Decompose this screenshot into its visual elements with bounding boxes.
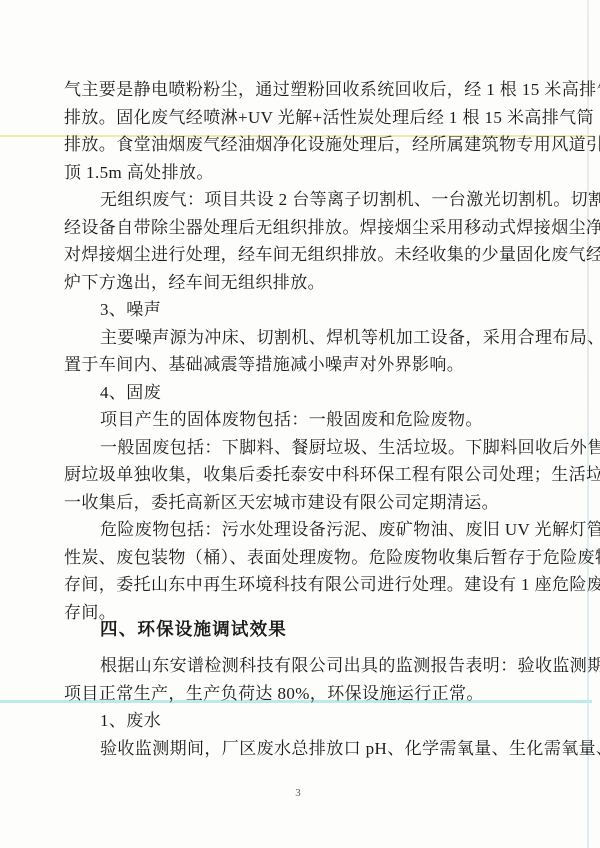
text-line: 项目正常生产，生产负荷达 80%，环保设施运行正常。	[64, 680, 600, 708]
text-line: 气主要是静电喷粉粉尘，通过塑粉回收系统回收后，经 1 根 15 米高排气筒(5#…	[64, 76, 600, 104]
text-line: 主要噪声源为冲床、切割机、焊机等机加工设备，采用合理布局、设备	[64, 324, 600, 352]
text-line: 根据山东安谱检测科技有限公司出具的监测报告表明：验收监测期间，	[64, 652, 600, 680]
list-item-heading: 1、废水	[64, 707, 600, 735]
text-line: 炉下方逸出，经车间无组织排放。	[64, 269, 600, 297]
text-line: 一般固废包括：下脚料、餐厨垃圾、生活垃圾。下脚料回收后外售；餐	[64, 434, 600, 462]
page-number: 3	[0, 787, 596, 799]
text-line: 危险废物包括：污水处理设备污泥、废矿物油、废旧 UV 光解灯管、废活	[64, 516, 600, 544]
body-text-upper: 气主要是静电喷粉粉尘，通过塑粉回收系统回收后，经 1 根 15 米高排气筒(5#…	[64, 76, 600, 626]
text-line: 无组织废气：项目共设 2 台等离子切割机、一台激光切割机。切割烟尘	[64, 186, 600, 214]
text-line: 性炭、废包装物（桶）、表面处理废物。危险废物收集后暂存于危险废物暂	[64, 544, 600, 572]
text-line: 排放。食堂油烟废气经油烟净化设施处理后，经所属建筑物专用风道引至楼	[64, 131, 600, 159]
text-line: 顶 1.5m 高处排放。	[64, 159, 600, 187]
text-line: 经设备自带除尘器处理后无组织排放。焊接烟尘采用移动式焊接烟尘净化器	[64, 214, 600, 242]
text-line: 验收监测期间，厂区废水总排放口 pH、化学需氧量、生化需氧量、氨氮、	[64, 735, 600, 763]
text-line: 存间，委托山东中再生环境科技有限公司进行处理。建设有 1 座危险废物暂	[64, 571, 600, 599]
section-heading: 四、环保设施调试效果	[100, 616, 287, 644]
list-item-heading: 4、固废	[64, 379, 600, 407]
text-line: 排放。固化废气经喷淋+UV 光解+活性炭处理后经 1 根 15 米高排气筒（6#…	[64, 104, 600, 132]
text-line: 一收集后，委托高新区天宏城市建设有限公司定期清运。	[64, 489, 600, 517]
text-line: 对焊接烟尘进行处理，经车间无组织排放。未经收集的少量固化废气经固化	[64, 241, 600, 269]
body-text-lower: 根据山东安谱检测科技有限公司出具的监测报告表明：验收监测期间， 项目正常生产，生…	[64, 652, 600, 762]
text-line: 项目产生的固体废物包括：一般固废和危险废物。	[64, 406, 600, 434]
text-line: 置于车间内、基础减震等措施减小噪声对外界影响。	[64, 351, 600, 379]
text-line: 厨垃圾单独收集，收集后委托泰安中科环保工程有限公司处理；生活垃圾统	[64, 461, 600, 489]
document-page: 气主要是静电喷粉粉尘，通过塑粉回收系统回收后，经 1 根 15 米高排气筒(5#…	[0, 0, 600, 848]
list-item-heading: 3、噪声	[64, 296, 600, 324]
